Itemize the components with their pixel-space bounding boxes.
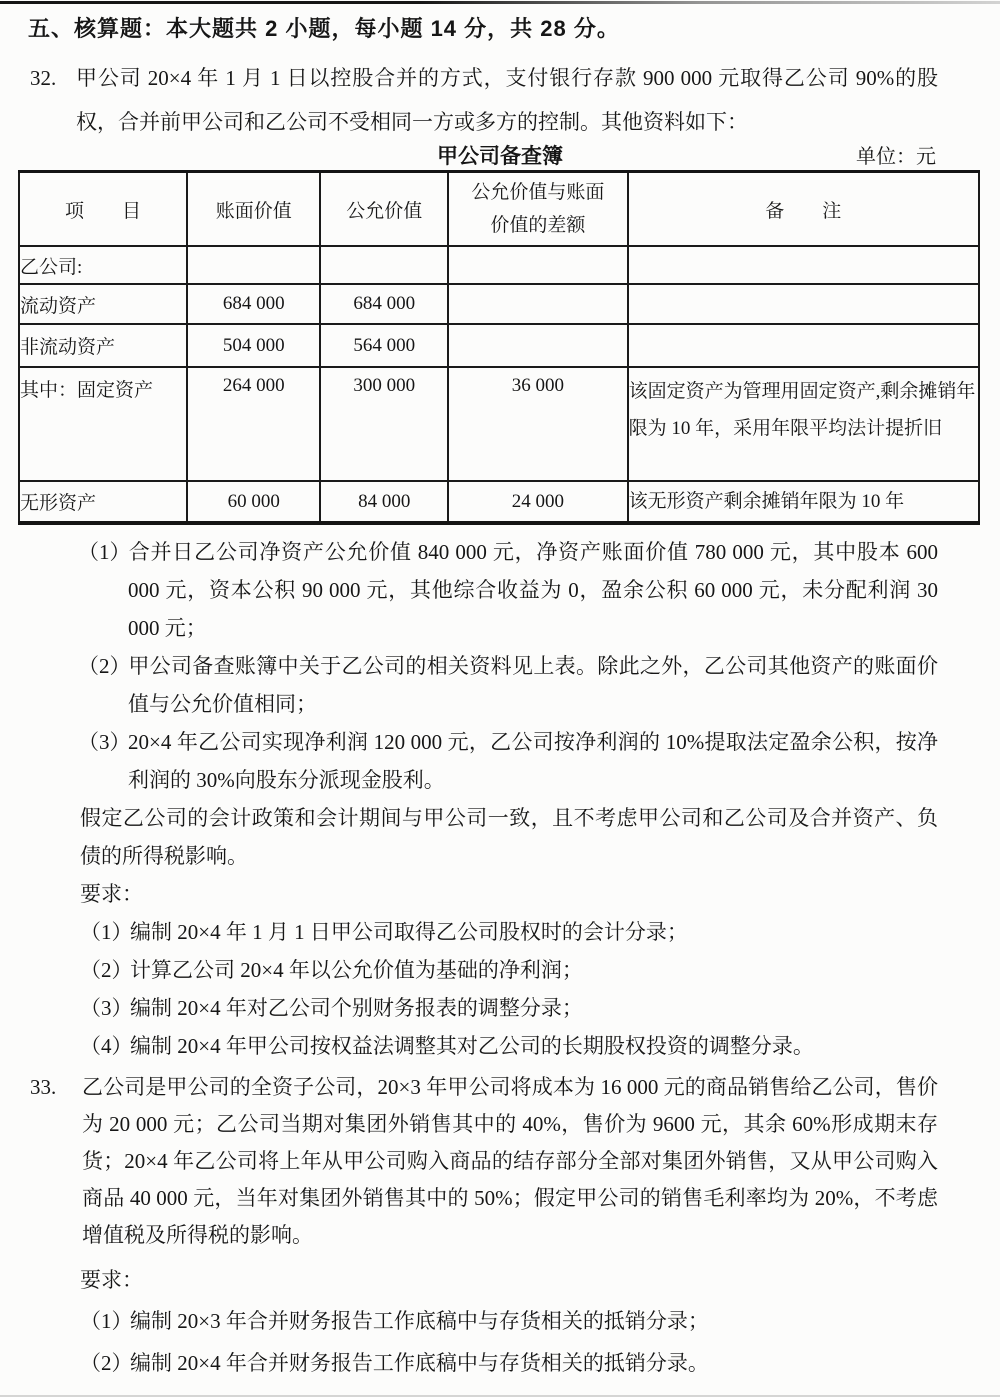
note-text: 合并日乙公司净资产公允价值 840 000 元，净资产账面价值 780 000 … [128, 540, 938, 640]
table-header-row: 项 目 账面价值 公允价值 公允价值与账面价值的差额 备 注 [19, 172, 979, 247]
cell-book-value: 60 000 [187, 481, 320, 523]
cell-remark: 该无形资产剩余摊销年限为 10 年 [628, 481, 979, 523]
cell-remark: 该固定资产为管理用固定资产,剩余摊销年限为 10 年，采用年限平均法计提折旧 [628, 367, 979, 481]
requirement-item-1: （1）编制 20×4 年 1 月 1 日甲公司取得乙公司股权时的会计分录； [130, 913, 938, 951]
cell-remark [628, 324, 979, 367]
cell-fair-value: 564 000 [320, 324, 448, 367]
question-33-number: 33. [30, 1069, 56, 1106]
question-32-number: 32. [30, 56, 56, 100]
requirement-marker: （1） [80, 913, 130, 951]
cell-difference [448, 284, 628, 324]
table-row: 乙公司: [19, 246, 979, 284]
requirement-item-4: （4）编制 20×4 年甲公司按权益法调整其对乙公司的长期股权投资的调整分录。 [130, 1027, 938, 1065]
requirement-item-2: （2）计算乙公司 20×4 年以公允价值为基础的净利润； [130, 951, 938, 989]
requirement-text: 编制 20×3 年合并财务报告工作底稿中与存货相关的抵销分录； [130, 1309, 709, 1333]
cell-item: 非流动资产 [19, 324, 187, 367]
requirement-marker: （2） [80, 1342, 130, 1384]
table-row: 其中：固定资产 264 000 300 000 36 000 该固定资产为管理用… [19, 367, 979, 481]
requirement-text: 编制 20×4 年合并财务报告工作底稿中与存货相关的抵销分录。 [130, 1351, 709, 1375]
requirement-item-1: （1）编制 20×3 年合并财务报告工作底稿中与存货相关的抵销分录； [130, 1300, 938, 1342]
cell-fair-value: 84 000 [320, 481, 448, 523]
cell-book-value: 264 000 [187, 367, 320, 481]
table-row: 无形资产 60 000 84 000 24 000 该无形资产剩余摊销年限为 1… [19, 481, 979, 523]
requirement-text: 编制 20×4 年对乙公司个别财务报表的调整分录； [130, 996, 583, 1020]
requirement-marker: （4） [80, 1027, 130, 1065]
cell-item: 无形资产 [19, 481, 187, 523]
cell-fair-value: 684 000 [320, 284, 448, 324]
exam-page: 五、核算题：本大题共 2 小题，每小题 14 分，共 28 分。 32. 甲公司… [0, 0, 1000, 1397]
question-33-requirements-label: 要求： [80, 1260, 1000, 1300]
question-32-intro: 甲公司 20×4 年 1 月 1 日以控股合并的方式，支付银行存款 900 00… [76, 56, 938, 144]
requirement-text: 计算乙公司 20×4 年以公允价值为基础的净利润； [130, 958, 583, 982]
note-text: 甲公司备查账簿中关于乙公司的相关资料见上表。除此之外，乙公司其他资产的账面价值与… [128, 654, 938, 716]
question-32-requirements: （1）编制 20×4 年 1 月 1 日甲公司取得乙公司股权时的会计分录； （2… [80, 913, 938, 1065]
cell-fair-value: 300 000 [320, 367, 448, 481]
cell-item: 其中：固定资产 [19, 367, 187, 481]
requirement-marker: （3） [80, 989, 130, 1027]
note-item-3: （3）20×4 年乙公司实现净利润 120 000 元，乙公司按净利润的 10%… [128, 723, 938, 799]
requirement-marker: （2） [80, 951, 130, 989]
requirement-marker: （1） [80, 1300, 130, 1342]
table-unit-label: 单位：元 [856, 144, 936, 170]
requirement-text: 编制 20×4 年甲公司按权益法调整其对乙公司的长期股权投资的调整分录。 [130, 1034, 814, 1058]
memo-table: 项 目 账面价值 公允价值 公允价值与账面价值的差额 备 注 乙公司: 流动资产… [18, 170, 980, 525]
requirement-item-2: （2）编制 20×4 年合并财务报告工作底稿中与存货相关的抵销分录。 [130, 1342, 938, 1384]
question-32-notes: （1）合并日乙公司净资产公允价值 840 000 元，净资产账面价值 780 0… [78, 533, 938, 799]
cell-remark [628, 246, 979, 284]
note-item-1: （1）合并日乙公司净资产公允价值 840 000 元，净资产账面价值 780 0… [128, 533, 938, 647]
cell-difference [448, 246, 628, 284]
question-33: 33. 乙公司是甲公司的全资子公司，20×3 年甲公司将成本为 16 000 元… [0, 1069, 1000, 1254]
header-fair-value: 公允价值 [320, 172, 448, 247]
question-32-assumption: 假定乙公司的会计政策和会计期间与甲公司一致，且不考虑甲公司和乙公司及合并资产、负… [80, 799, 938, 875]
header-difference: 公允价值与账面价值的差额 [448, 172, 628, 247]
header-item: 项 目 [19, 172, 187, 247]
table-row: 流动资产 684 000 684 000 [19, 284, 979, 324]
note-marker: （2） [78, 647, 128, 685]
note-marker: （3） [78, 723, 128, 761]
header-book-value: 账面价值 [187, 172, 320, 247]
table-row: 非流动资产 504 000 564 000 [19, 324, 979, 367]
question-33-requirements: （1）编制 20×3 年合并财务报告工作底稿中与存货相关的抵销分录； （2）编制… [80, 1300, 938, 1384]
header-difference-text: 公允价值与账面价值的差额 [467, 176, 609, 242]
cell-item: 流动资产 [19, 284, 187, 324]
table-caption-row: 甲公司备查簿 单位：元 [0, 144, 1000, 170]
question-32-requirements-label: 要求： [80, 875, 1000, 913]
cell-difference: 24 000 [448, 481, 628, 523]
section-heading: 五、核算题：本大题共 2 小题，每小题 14 分，共 28 分。 [28, 13, 940, 45]
cell-book-value: 504 000 [187, 324, 320, 367]
table-title: 甲公司备查簿 [0, 144, 1000, 170]
note-item-2: （2）甲公司备查账簿中关于乙公司的相关资料见上表。除此之外，乙公司其他资产的账面… [128, 647, 938, 723]
cell-book-value: 684 000 [187, 284, 320, 324]
header-remark: 备 注 [628, 172, 979, 247]
cell-book-value [187, 246, 320, 284]
cell-difference: 36 000 [448, 367, 628, 481]
question-32: 32. 甲公司 20×4 年 1 月 1 日以控股合并的方式，支付银行存款 90… [0, 56, 1000, 144]
note-text: 20×4 年乙公司实现净利润 120 000 元，乙公司按净利润的 10%提取法… [128, 730, 938, 792]
requirement-item-3: （3）编制 20×4 年对乙公司个别财务报表的调整分录； [130, 989, 938, 1027]
cell-remark [628, 284, 979, 324]
note-marker: （1） [78, 533, 128, 571]
cell-item: 乙公司: [19, 246, 187, 284]
requirement-text: 编制 20×4 年 1 月 1 日甲公司取得乙公司股权时的会计分录； [130, 920, 688, 944]
question-33-intro: 乙公司是甲公司的全资子公司，20×3 年甲公司将成本为 16 000 元的商品销… [82, 1069, 938, 1254]
cell-difference [448, 324, 628, 367]
scan-artifact-top [0, 1, 1000, 4]
cell-fair-value [320, 246, 448, 284]
